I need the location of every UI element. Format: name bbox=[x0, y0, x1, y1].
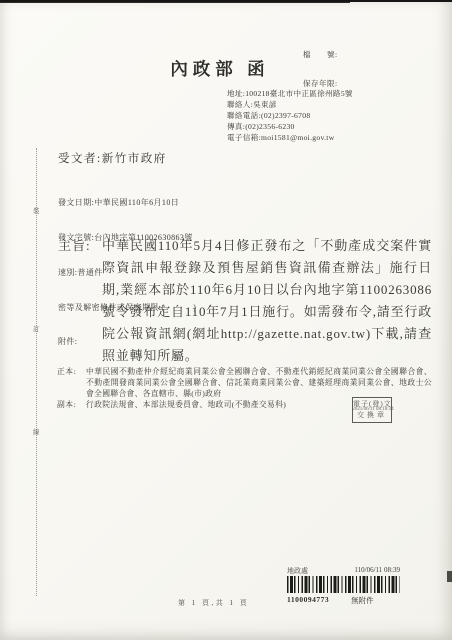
no-attachment-note: 無附件 bbox=[351, 595, 374, 606]
recipient-line: 受文者:新竹市政府 bbox=[58, 150, 167, 166]
subject-label: 主旨: bbox=[58, 235, 102, 367]
stamp-datetime: 2021/06/11 08:18:34 bbox=[348, 406, 398, 411]
barcode bbox=[287, 576, 400, 593]
original-recipients-text: 中華民國不動產仲介經紀商業同業公會全國聯合會、不動產代銷經紀商業同業公會全國聯合… bbox=[86, 366, 432, 400]
sender-contact-person: 聯絡人:吳東諺 bbox=[227, 99, 353, 110]
binding-margin-line: 裝 訂 線 bbox=[36, 148, 37, 596]
sender-phone: 聯絡電話:(02)2397-6708 bbox=[227, 110, 353, 121]
sender-address: 地址:100218臺北市中正區徐州路5號 bbox=[227, 88, 353, 99]
sender-email: 電子信箱:moi1581@moi.gov.tw bbox=[227, 132, 353, 143]
binding-mark: 線 bbox=[33, 427, 40, 436]
sender-contact-block: 地址:100218臺北市中正區徐州路5號 聯絡人:吳東諺 聯絡電話:(02)23… bbox=[227, 88, 353, 143]
scanned-letter-page: 檔 號: 保存年限: 內政部 函 地址:100218臺北市中正區徐州路5號 聯絡… bbox=[0, 0, 452, 640]
receiving-dept: 地政處 bbox=[287, 566, 308, 576]
copy-recipients-text: 行政院法規會、本部法規委員會、地政司(不動產交易科) bbox=[86, 399, 386, 410]
scan-edge-artifact bbox=[447, 571, 452, 582]
page-number: 第 1 頁,共 1 頁 bbox=[178, 598, 249, 608]
sender-fax: 傳真:(02)2356-6230 bbox=[227, 121, 353, 132]
copy-recipients-label: 副本: bbox=[57, 399, 86, 410]
subject-text: 中華民國110年5月4日修正發布之「不動產成交案件實際資訊申報登錄及預售屋銷售資… bbox=[102, 235, 432, 367]
issue-date: 發文日期:中華民國110年6月10日 bbox=[58, 197, 196, 209]
binding-mark: 訂 bbox=[33, 324, 40, 333]
original-recipients-section: 正本: 中華民國不動產仲介經紀商業同業公會全國聯合會、不動產代銷經紀商業同業公會… bbox=[57, 366, 432, 400]
receiving-datetime: 110/06/11 08:39 bbox=[354, 566, 400, 576]
receiving-dept-line: 地政處 110/06/11 08:39 bbox=[287, 566, 400, 576]
barcode-caption: 1100094773 無附件 bbox=[287, 595, 400, 606]
subject-section: 主旨: 中華民國110年5月4日修正發布之「不動產成交案件實際資訊申報登錄及預售… bbox=[58, 235, 432, 367]
scan-edge-artifact bbox=[0, 2, 350, 3]
binding-mark: 裝 bbox=[33, 206, 40, 215]
barcode-number: 1100094773 bbox=[287, 595, 329, 606]
original-recipients-label: 正本: bbox=[57, 366, 86, 400]
document-title: 內政部 函 bbox=[0, 56, 440, 81]
copy-recipients-section: 副本: 行政院法規會、本部法規委員會、地政司(不動產交易科) bbox=[57, 399, 386, 410]
electronic-exchange-stamp: 電子(發)文 交換章 2021/06/11 08:18:34 bbox=[352, 397, 392, 423]
